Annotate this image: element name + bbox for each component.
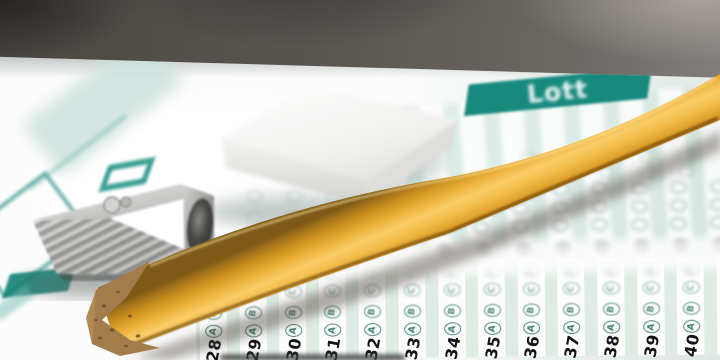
scene: Lott DCBA28DCBA29DCBA30DCBA31DCBA32DCBA3… [0, 0, 720, 360]
sharpener-screw-post [121, 197, 131, 207]
sharpener-screw [104, 197, 120, 213]
objects-layer [0, 0, 720, 360]
